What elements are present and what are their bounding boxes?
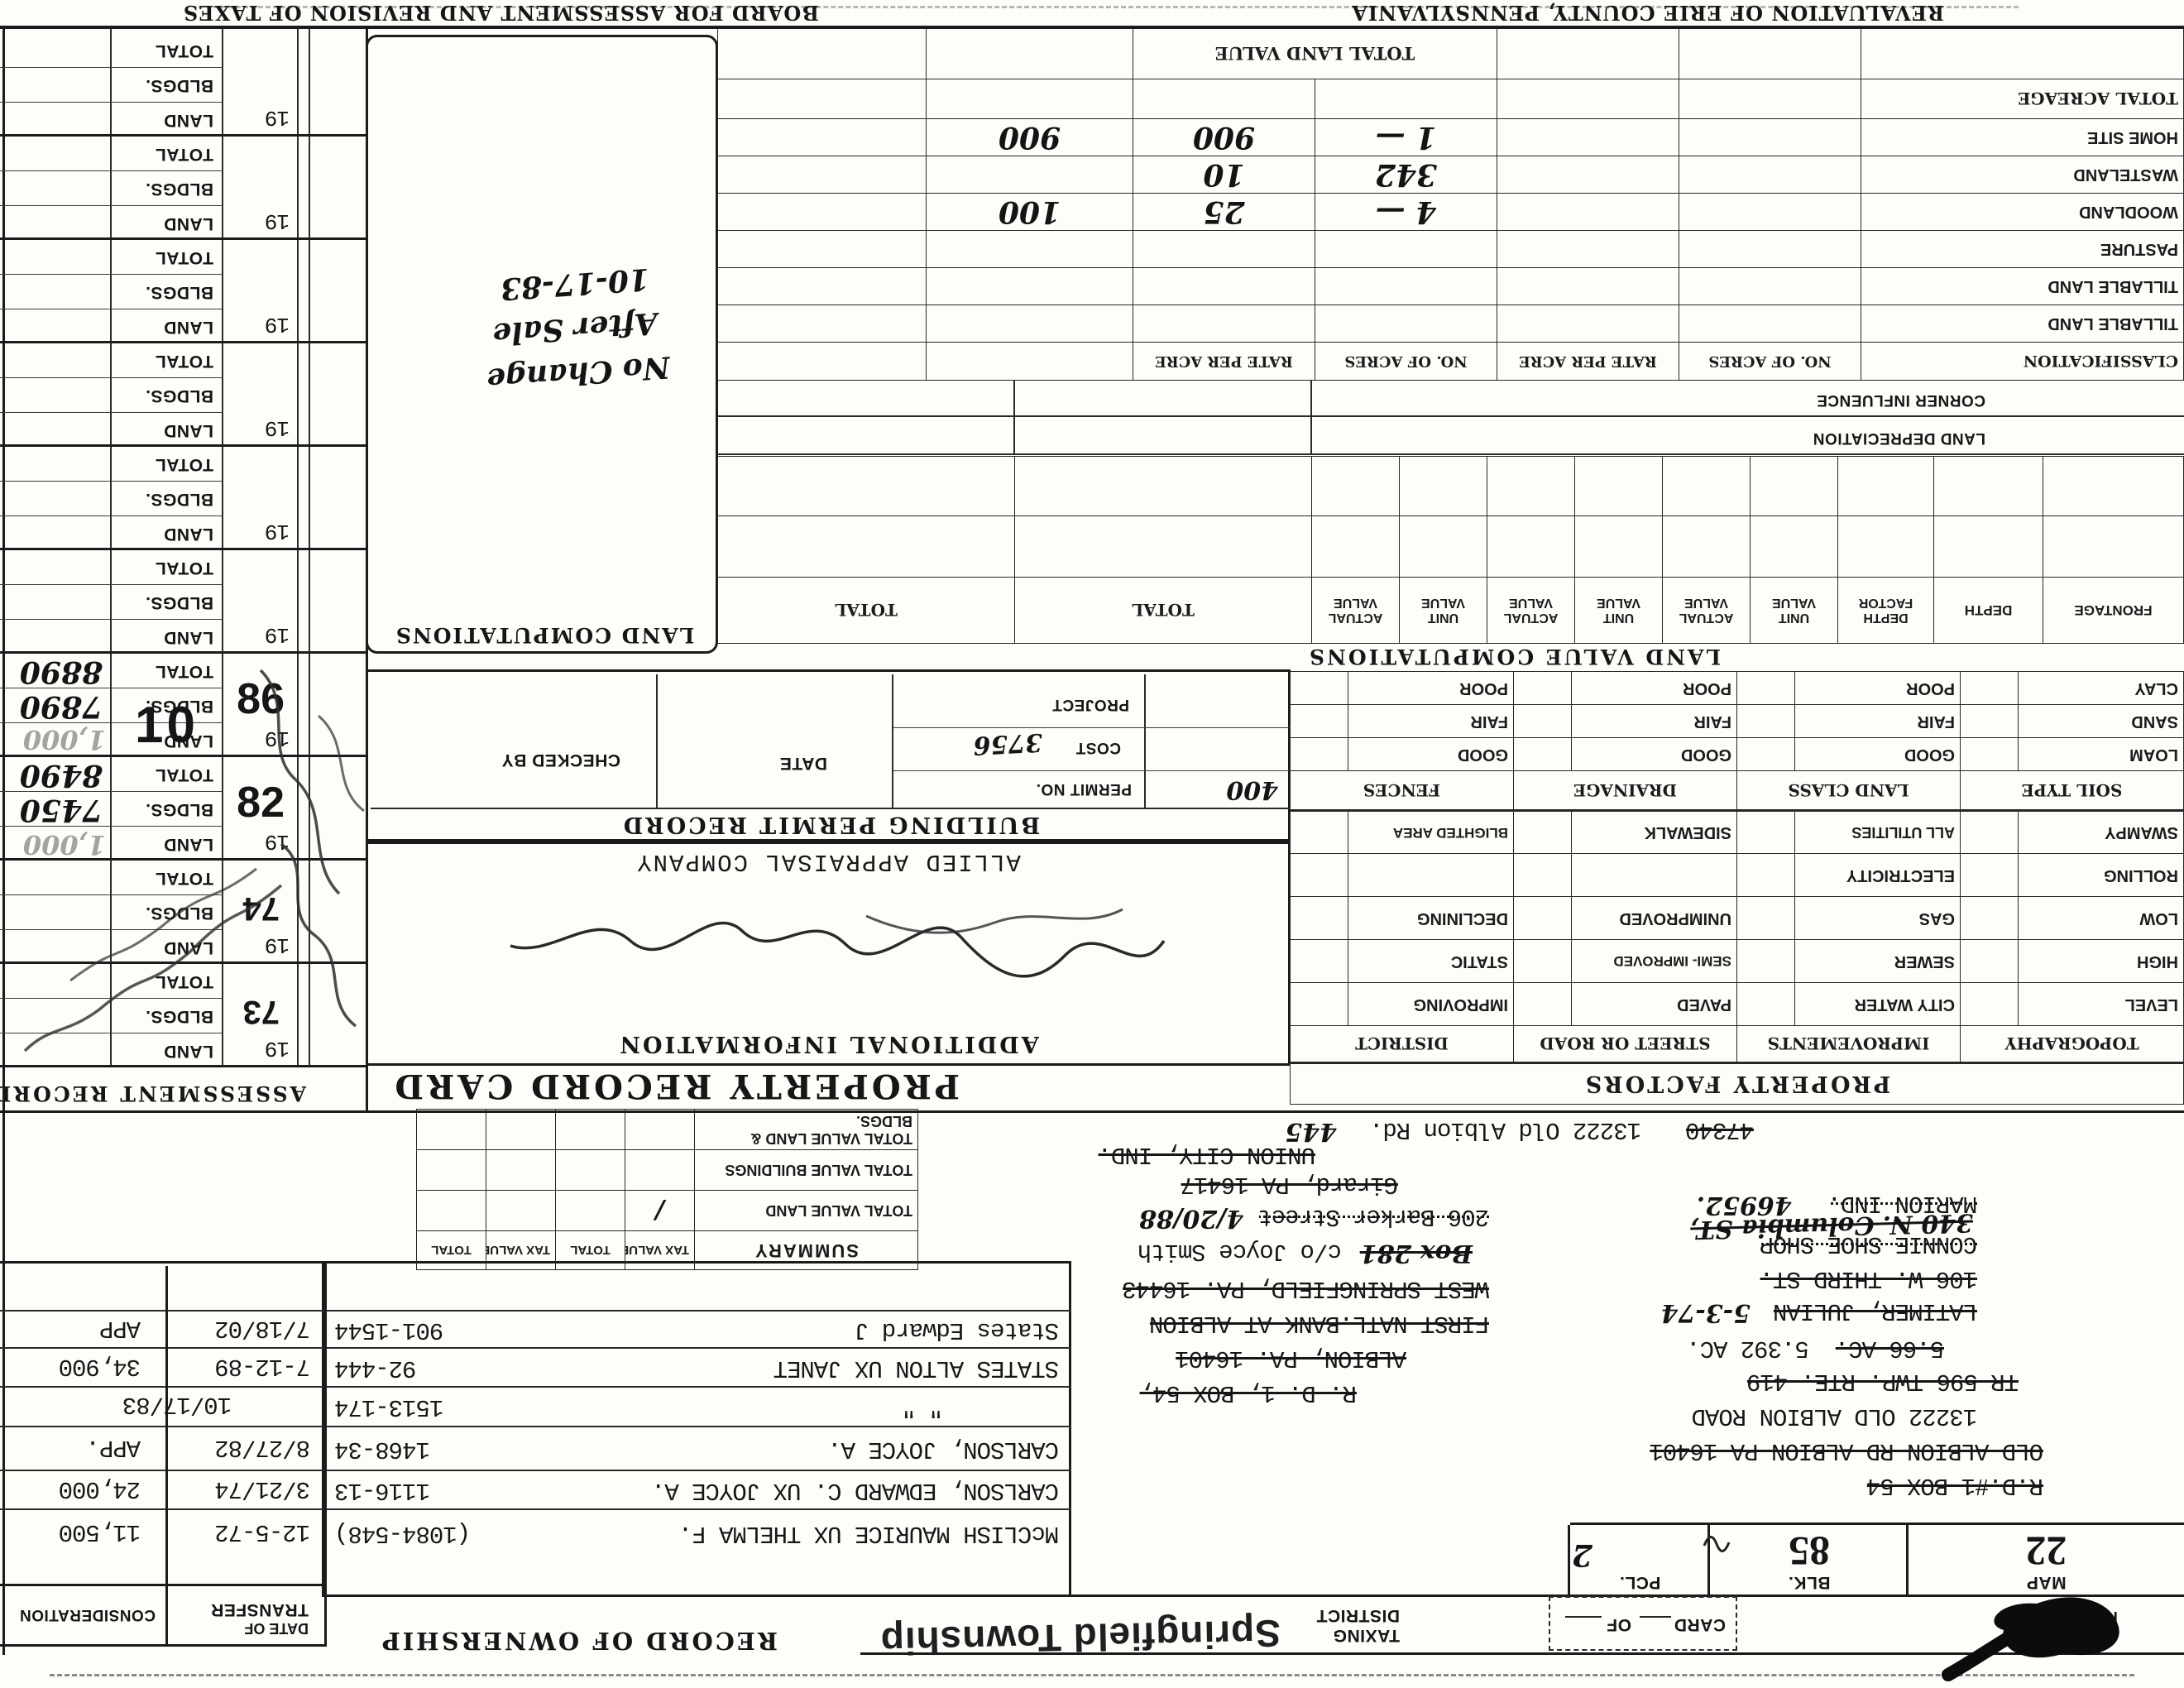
factor-item: ALL UTILITIES: [1795, 811, 1961, 854]
consideration: 24,000: [60, 1475, 141, 1503]
blk-value: 85: [1710, 1527, 1909, 1575]
factor-item: UNIMPROVED: [1572, 897, 1737, 940]
factor-header-fences: FENCES: [1290, 771, 1513, 811]
card-of-blank1: [1640, 1616, 1671, 1618]
factor-item: BLIGHTED AREA: [1348, 811, 1514, 854]
factor-checkbox: [1290, 897, 1348, 940]
deed-book: 1468-34: [335, 1436, 488, 1463]
classification-row-label: HOME SITE: [1861, 119, 2184, 156]
lvc-table: FRONTAGE DEPTH DEPTH FACTOR UNIT VALUE A…: [717, 456, 2184, 644]
factor-checkbox: [1290, 705, 1348, 738]
owner-name: CARLSON, JOYCE A.: [828, 1436, 1059, 1463]
address-line-current: 13222 OLD ALBION ROAD: [1693, 1403, 1977, 1430]
land-label: LAND: [164, 731, 213, 750]
factor-item: CLAY: [2019, 672, 2184, 705]
year-printed: 19: [266, 312, 290, 337]
factor-item: FAIR: [1572, 705, 1737, 738]
current-mailing-line: 47340 13222 Old Albion Rd. 445: [1285, 1116, 1754, 1146]
summary-land-mark: /: [625, 1191, 695, 1231]
permit-hand-3756: 3756: [973, 727, 1043, 760]
marion-city: MARION IND.: [1828, 1190, 1977, 1217]
year-printed: 19: [266, 519, 290, 544]
factor-checkbox: [1737, 738, 1795, 771]
land-label: LAND: [164, 110, 213, 130]
land-depreciation-row: LAND DEPRECIATION: [1813, 429, 1985, 447]
factor-checkbox: [1737, 854, 1795, 897]
consideration-header: CONSIDERATION: [20, 1605, 156, 1623]
land-label: LAND: [164, 420, 213, 440]
bldgs-label: BLDGS.: [146, 75, 213, 95]
map-value: 22: [1909, 1527, 2184, 1575]
factor-item: POOR: [1795, 672, 1961, 705]
factor-item: IMPROVING: [1348, 983, 1514, 1026]
date-of-transfer-header: DATE OF TRANSFER: [211, 1599, 309, 1637]
factor-item: HIGH: [2019, 940, 2184, 983]
joyce-smith-line: Box 281 c/o Joyce Smith: [1138, 1238, 1473, 1268]
value-entry: [927, 305, 1133, 343]
address-line: UNION CITY, IND.: [1099, 1141, 1315, 1168]
factor-item: STATIC: [1348, 940, 1514, 983]
factor-item: SEMI- IMPROVED: [1572, 940, 1737, 983]
pcl-value: 2: [1572, 1537, 1592, 1572]
page-title: PROPERTY RECORD CARD: [463, 1067, 960, 1105]
factor-checkbox: [1737, 897, 1795, 940]
classification-row-label: TILLABLE LAND: [1861, 305, 2184, 343]
acres-entry: 1 —: [1315, 119, 1497, 156]
barker-street: 206 Barker Street: [1258, 1203, 1489, 1230]
rate-entry: [1133, 268, 1315, 305]
consideration: 34,900: [60, 1353, 141, 1380]
assessment-record-title: ASSESSMENT RECORD: [0, 1081, 306, 1105]
factor-header-topography: TOPOGRAPHY: [1961, 1026, 2184, 1063]
hand-date-note: 5-3-74: [1661, 1298, 1751, 1327]
total-label: TOTAL: [155, 41, 213, 60]
summary-col-total: TOTAL: [417, 1231, 486, 1270]
factor-item: ROLLING: [2019, 854, 2184, 897]
acres-entry: 4 —: [1315, 194, 1497, 231]
bldgs-label: BLDGS.: [146, 489, 213, 509]
factor-item: LEVEL: [2019, 983, 2184, 1026]
land-computations-title: LAND COMPUTATIONS: [371, 623, 718, 647]
property-factors-title: PROPERTY FACTORS: [1290, 1063, 2183, 1105]
summary-col-total: TOTAL: [556, 1231, 625, 1270]
factor-header-district: DISTRICT: [1290, 1026, 1513, 1063]
address-line: TR 596 TWP. RTE. 419: [1747, 1368, 2019, 1395]
rate-per-acre-header: RATE PER ACRE: [1133, 343, 1315, 381]
deed-book: 92-444: [335, 1355, 488, 1382]
lvc-header-unit-value: UNIT VALUE: [1575, 578, 1663, 644]
classification-table: CLASSIFICATION NO. OF ACRES RATE PER ACR…: [717, 27, 2184, 381]
scanned-property-record-card: CARD NUMBER MAP 22 BLK. 85 PCL. 2 TAXING…: [0, 0, 2184, 1688]
marion-line: MARION IND. 46952.: [1697, 1190, 1977, 1220]
owner-name: McCLISH MAURICE UX THELMA F.: [679, 1520, 1059, 1547]
factor-item: SEWER: [1795, 940, 1961, 983]
factor-header-soil-type: SOIL TYPE: [1961, 771, 2184, 811]
deed-book: 1513-174: [335, 1393, 488, 1421]
bldgs-label: BLDGS.: [146, 592, 213, 612]
value-entry: [927, 268, 1133, 305]
check-scribble: [1692, 1532, 1733, 1562]
factor-checkbox: [1290, 983, 1348, 1026]
total-label: TOTAL: [155, 351, 213, 371]
cost-label: COST: [1075, 738, 1121, 756]
land-label: LAND: [164, 317, 213, 337]
bldgs-label: BLDGS.: [146, 179, 213, 199]
factor-checkbox: [1961, 738, 2019, 771]
factor-checkbox: [1737, 940, 1795, 983]
ink-blot: [1936, 1587, 2134, 1670]
bldgs-value: 7890: [20, 689, 103, 724]
factor-checkbox: [1290, 854, 1348, 897]
building-permit-title: BUILDING PERMIT RECORD: [371, 812, 1291, 837]
lvc-header-total: TOTAL: [718, 578, 1015, 644]
factor-item: SWAMPY: [2019, 811, 2184, 854]
assessor-scrawl-diagonal: [17, 861, 290, 1059]
property-factors-table: PROPERTY FACTORS TOPOGRAPHY IMPROVEMENTS…: [1290, 671, 2184, 1105]
date-header-line1: DATE OF: [211, 1619, 309, 1637]
factor-checkbox: [1514, 811, 1572, 854]
summary-col-tax-value: TAX VALUE: [486, 1231, 556, 1270]
marion-zip: 46952.: [1697, 1191, 1792, 1220]
total-value: 8890: [20, 655, 103, 689]
card-rotated-content: CARD NUMBER MAP 22 BLK. 85 PCL. 2 TAXING…: [0, 0, 2184, 1688]
transfer-date: 8/27/82: [215, 1434, 310, 1461]
acreage-line: 5.66 AC. 5.392 AC.: [1687, 1335, 1944, 1362]
care-of-joyce-smith: c/o Joyce Smith: [1138, 1238, 1342, 1265]
no-of-acres-header: NO. OF ACRES: [1679, 343, 1861, 381]
deed-book: 1116-13: [335, 1477, 488, 1504]
address-line: OLD ALBION RD ALBION PA 16401: [1650, 1437, 2043, 1465]
factor-item: GAS: [1795, 897, 1961, 940]
barker-date: 4/20/88: [1139, 1204, 1243, 1233]
factor-checkbox: [1514, 983, 1572, 1026]
barker-street-line: 206 Barker Street 4/20/88: [1139, 1203, 1489, 1233]
card-of-card-label: CARD: [1674, 1614, 1726, 1634]
factor-header-drainage: DRAINAGE: [1514, 771, 1737, 811]
factor-item: SAND: [2019, 705, 2184, 738]
summary-col-tax-value: TAX VALUE: [625, 1231, 695, 1270]
owner-name: CARLSON, EDWARD C. UX JOYCE A.: [652, 1477, 1059, 1504]
paper-edge-top: [50, 1674, 2134, 1676]
lvc-header-actual-value: ACTUAL VALUE: [1487, 578, 1575, 644]
factor-item: FAIR: [1348, 705, 1514, 738]
factor-item: CITY WATER: [1795, 983, 1961, 1026]
card-of-of-label: OF: [1607, 1614, 1631, 1634]
cursive-scrawl: [494, 899, 1172, 999]
value-column: [718, 343, 927, 381]
lvc-title: LAND VALUE COMPUTATIONS: [1307, 645, 1721, 669]
appraisal-company: ALLIED APPRAISAL COMPANY: [368, 848, 1288, 875]
transfer-date: 3/21/74: [215, 1475, 310, 1503]
checked-by-label: CHECKED BY: [501, 750, 620, 770]
factor-item: ELECTRICITY: [1795, 854, 1961, 897]
total-acreage-row: TOTAL ACREAGE: [1861, 79, 2184, 119]
taxing-line1: TAXING: [1316, 1625, 1400, 1645]
permit-date-label: DATE: [779, 753, 827, 773]
summary-row-buildings: TOTAL VALUE BUILDINGS: [695, 1150, 918, 1191]
factor-checkbox: [1961, 672, 2019, 705]
factor-checkbox: [1290, 672, 1348, 705]
total-land-value-row: TOTAL LAND VALUE: [1133, 28, 1497, 79]
factor-item: GOOD: [1795, 738, 1961, 771]
transfer-date: 7-12-89: [215, 1353, 310, 1380]
hand-445: 445: [1285, 1117, 1337, 1146]
value-column: [927, 343, 1133, 381]
permit-hand-400: 400: [1226, 775, 1278, 804]
total-label: TOTAL: [155, 765, 213, 784]
lvc-header-total: TOTAL: [1015, 578, 1312, 644]
taxing-line2: DISTRICT: [1316, 1605, 1400, 1625]
year-printed: 19: [266, 209, 290, 233]
consideration: 11,500: [60, 1518, 141, 1546]
old-zip: 47340: [1686, 1116, 1754, 1144]
classification-row-label: PASTURE: [1861, 231, 2184, 268]
transfer-date: 12-5-72: [215, 1518, 310, 1546]
total-label: TOTAL: [155, 661, 213, 681]
summary-row-land: TOTAL VALUE LAND: [695, 1191, 918, 1231]
factor-item: [1348, 854, 1514, 897]
rate-entry: 25: [1133, 194, 1315, 231]
banner-revaluation: REVALUATION OF ERIE COUNTY, PENNSYLVANIA: [1351, 1, 1944, 25]
bldgs-label: BLDGS.: [146, 386, 213, 405]
factor-checkbox: [1514, 705, 1572, 738]
value-entry: [927, 156, 1133, 194]
land-label: LAND: [164, 524, 213, 544]
rate-entry: [1133, 231, 1315, 268]
factor-checkbox: [1290, 738, 1348, 771]
banner-board: BOARD FOR ASSESSMENT AND REVISION OF TAX…: [183, 1, 819, 25]
factor-item: PAVED: [1572, 983, 1737, 1026]
owner-name: States Edward J: [855, 1316, 1059, 1344]
factor-item: LOAM: [2019, 738, 2184, 771]
classification-row-label: WOODLAND: [1861, 194, 2184, 231]
factor-item: POOR: [1572, 672, 1737, 705]
lvc-header-actual-value: ACTUAL VALUE: [1312, 578, 1400, 644]
factor-item: LOW: [2019, 897, 2184, 940]
factor-item: SIDEWALK: [1572, 811, 1737, 854]
total-label: TOTAL: [155, 454, 213, 474]
classification-row-label: WASTELAND: [1861, 156, 2184, 194]
additional-info-box: ADDITIONAL INFORMATION ALLIED APPRAISAL …: [366, 839, 1291, 1066]
rate-per-acre-header: RATE PER ACRE: [1497, 343, 1679, 381]
taxing-district-label: TAXING DISTRICT: [1316, 1605, 1400, 1645]
rate-entry: 10: [1133, 156, 1315, 194]
bldgs-label: BLDGS.: [146, 282, 213, 302]
value-entry: 100: [927, 194, 1133, 231]
factor-checkbox: [1961, 940, 2019, 983]
address-line: FIRST NATL.BANK AT ALBION: [1150, 1310, 1489, 1337]
factor-checkbox: [1737, 811, 1795, 854]
factor-checkbox: [1290, 811, 1348, 854]
acreage-old: 5.66 AC.: [1836, 1335, 1944, 1362]
factor-checkbox: [1514, 738, 1572, 771]
factor-item: [1572, 854, 1737, 897]
factor-checkbox: [1961, 811, 2019, 854]
current-address: 13222 Old Albion Rd.: [1370, 1116, 1641, 1144]
project-label: PROJECT: [1052, 695, 1129, 713]
transfer-date-spanning: 10/17/83: [123, 1391, 232, 1418]
acres-entry: [1315, 268, 1497, 305]
acreage-new: 5.392 AC.: [1687, 1335, 1809, 1362]
address-line: R.D.#1 BOX 54: [1867, 1472, 2043, 1499]
address-line: R. D. 1, BOX 54,: [1140, 1379, 1357, 1407]
factor-checkbox: [1514, 854, 1572, 897]
acres-entry: 342: [1315, 156, 1497, 194]
township-stamp: Springfield Township: [879, 1611, 1281, 1664]
factor-item: DECLINING: [1348, 897, 1514, 940]
factor-checkbox: [1961, 897, 2019, 940]
bldgs-label: BLDGS.: [146, 799, 213, 819]
land-value: 1,000: [23, 724, 106, 755]
land-label: LAND: [164, 834, 213, 854]
factor-header-land-class: LAND CLASS: [1737, 771, 1961, 811]
year-printed: 19: [266, 415, 290, 440]
address-line: WEST SPRINGFIELD, PA. 16443: [1123, 1275, 1489, 1302]
rate-entry: [1133, 305, 1315, 343]
consideration: APP.: [86, 1434, 141, 1461]
factor-header-improvements: IMPROVEMENTS: [1737, 1026, 1961, 1063]
lvc-header-unit-value: UNIT VALUE: [1400, 578, 1487, 644]
lvc-header-frontage: FRONTAGE: [2043, 578, 2184, 644]
factor-checkbox: [1737, 983, 1795, 1026]
total-label: TOTAL: [155, 144, 213, 164]
factor-checkbox: [1514, 897, 1572, 940]
factor-checkbox: [1514, 940, 1572, 983]
owner-old-line: LATIMER, JULIAN 5-3-74: [1661, 1297, 1977, 1327]
land-value: 1,000: [23, 829, 106, 861]
summary-row-land-bldgs: TOTAL VALUE LAND & BLDGS.: [695, 1110, 918, 1150]
deed-book: (1084-548): [335, 1520, 488, 1547]
bldgs-value: 7450: [20, 793, 103, 827]
acres-entry: [1315, 305, 1497, 343]
factor-checkbox: [1737, 672, 1795, 705]
summary-table: SUMMARY TAX VALUE TOTAL TAX VALUE TOTAL …: [416, 1109, 918, 1270]
corner-influence-row: CORNER INFLUENCE: [1817, 391, 1985, 409]
value-entry: 900: [927, 119, 1133, 156]
factor-item: POOR: [1348, 672, 1514, 705]
lvc-header-depth: DEPTH: [1934, 578, 2043, 644]
factor-checkbox: [1290, 940, 1348, 983]
owner-name: STATES ALTON UX JANET: [774, 1355, 1059, 1382]
deed-book: 901-1544: [335, 1316, 488, 1344]
box-281-hand: Box 281: [1360, 1239, 1473, 1268]
date-header-line2: TRANSFER: [211, 1599, 309, 1619]
owner-old-name: LATIMER, JULIAN: [1774, 1297, 1977, 1325]
acres-entry: [1315, 231, 1497, 268]
no-of-acres-header: NO. OF ACRES: [1315, 343, 1497, 381]
additional-info-title: ADDITIONAL INFORMATION: [368, 1031, 1288, 1057]
owner-name-ditto: " ": [903, 1393, 943, 1421]
factor-header-street: STREET OR ROAD: [1514, 1026, 1737, 1063]
lvc-header-actual-value: ACTUAL VALUE: [1663, 578, 1751, 644]
factor-item: FAIR: [1795, 705, 1961, 738]
bldgs-label: BLDGS.: [146, 696, 213, 716]
factor-checkbox: [1961, 705, 2019, 738]
land-label: LAND: [164, 213, 213, 233]
total-value: 8490: [20, 758, 103, 793]
address-line: 106 W. THIRD ST.: [1760, 1265, 1977, 1292]
rate-entry: 900: [1133, 119, 1315, 156]
consideration: APP: [100, 1315, 141, 1342]
permit-no-label: PERMIT NO.: [1036, 779, 1132, 798]
address-line: Girard, PA 16417: [1181, 1171, 1398, 1198]
factor-checkbox: [1737, 705, 1795, 738]
factor-checkbox: [1961, 854, 2019, 897]
factor-checkbox: [1514, 672, 1572, 705]
pcl-label: PCL.: [1570, 1572, 1710, 1592]
card-of-box: CARD OF: [1549, 1596, 1737, 1651]
transfer-date: 7/18/02: [215, 1315, 310, 1342]
summary-title: SUMMARY: [695, 1231, 918, 1270]
year-printed: 19: [266, 105, 290, 130]
classification-header: CLASSIFICATION: [1861, 343, 2184, 381]
value-entry: [927, 231, 1133, 268]
total-label: TOTAL: [155, 558, 213, 578]
land-label: LAND: [164, 627, 213, 647]
lvc-header-depth-factor: DEPTH FACTOR: [1838, 578, 1934, 644]
ownership-title: RECORD OF OWNERSHIP: [380, 1627, 778, 1655]
total-label: TOTAL: [155, 247, 213, 267]
lvc-header-unit-value: UNIT VALUE: [1751, 578, 1838, 644]
address-line: ALBION, PA. 16401: [1176, 1345, 1406, 1372]
factor-item: GOOD: [1348, 738, 1514, 771]
factor-item: GOOD: [1572, 738, 1737, 771]
card-of-blank2: [1565, 1616, 1602, 1618]
factor-checkbox: [1961, 983, 2019, 1026]
classification-row-label: TILLABLE LAND: [1861, 268, 2184, 305]
